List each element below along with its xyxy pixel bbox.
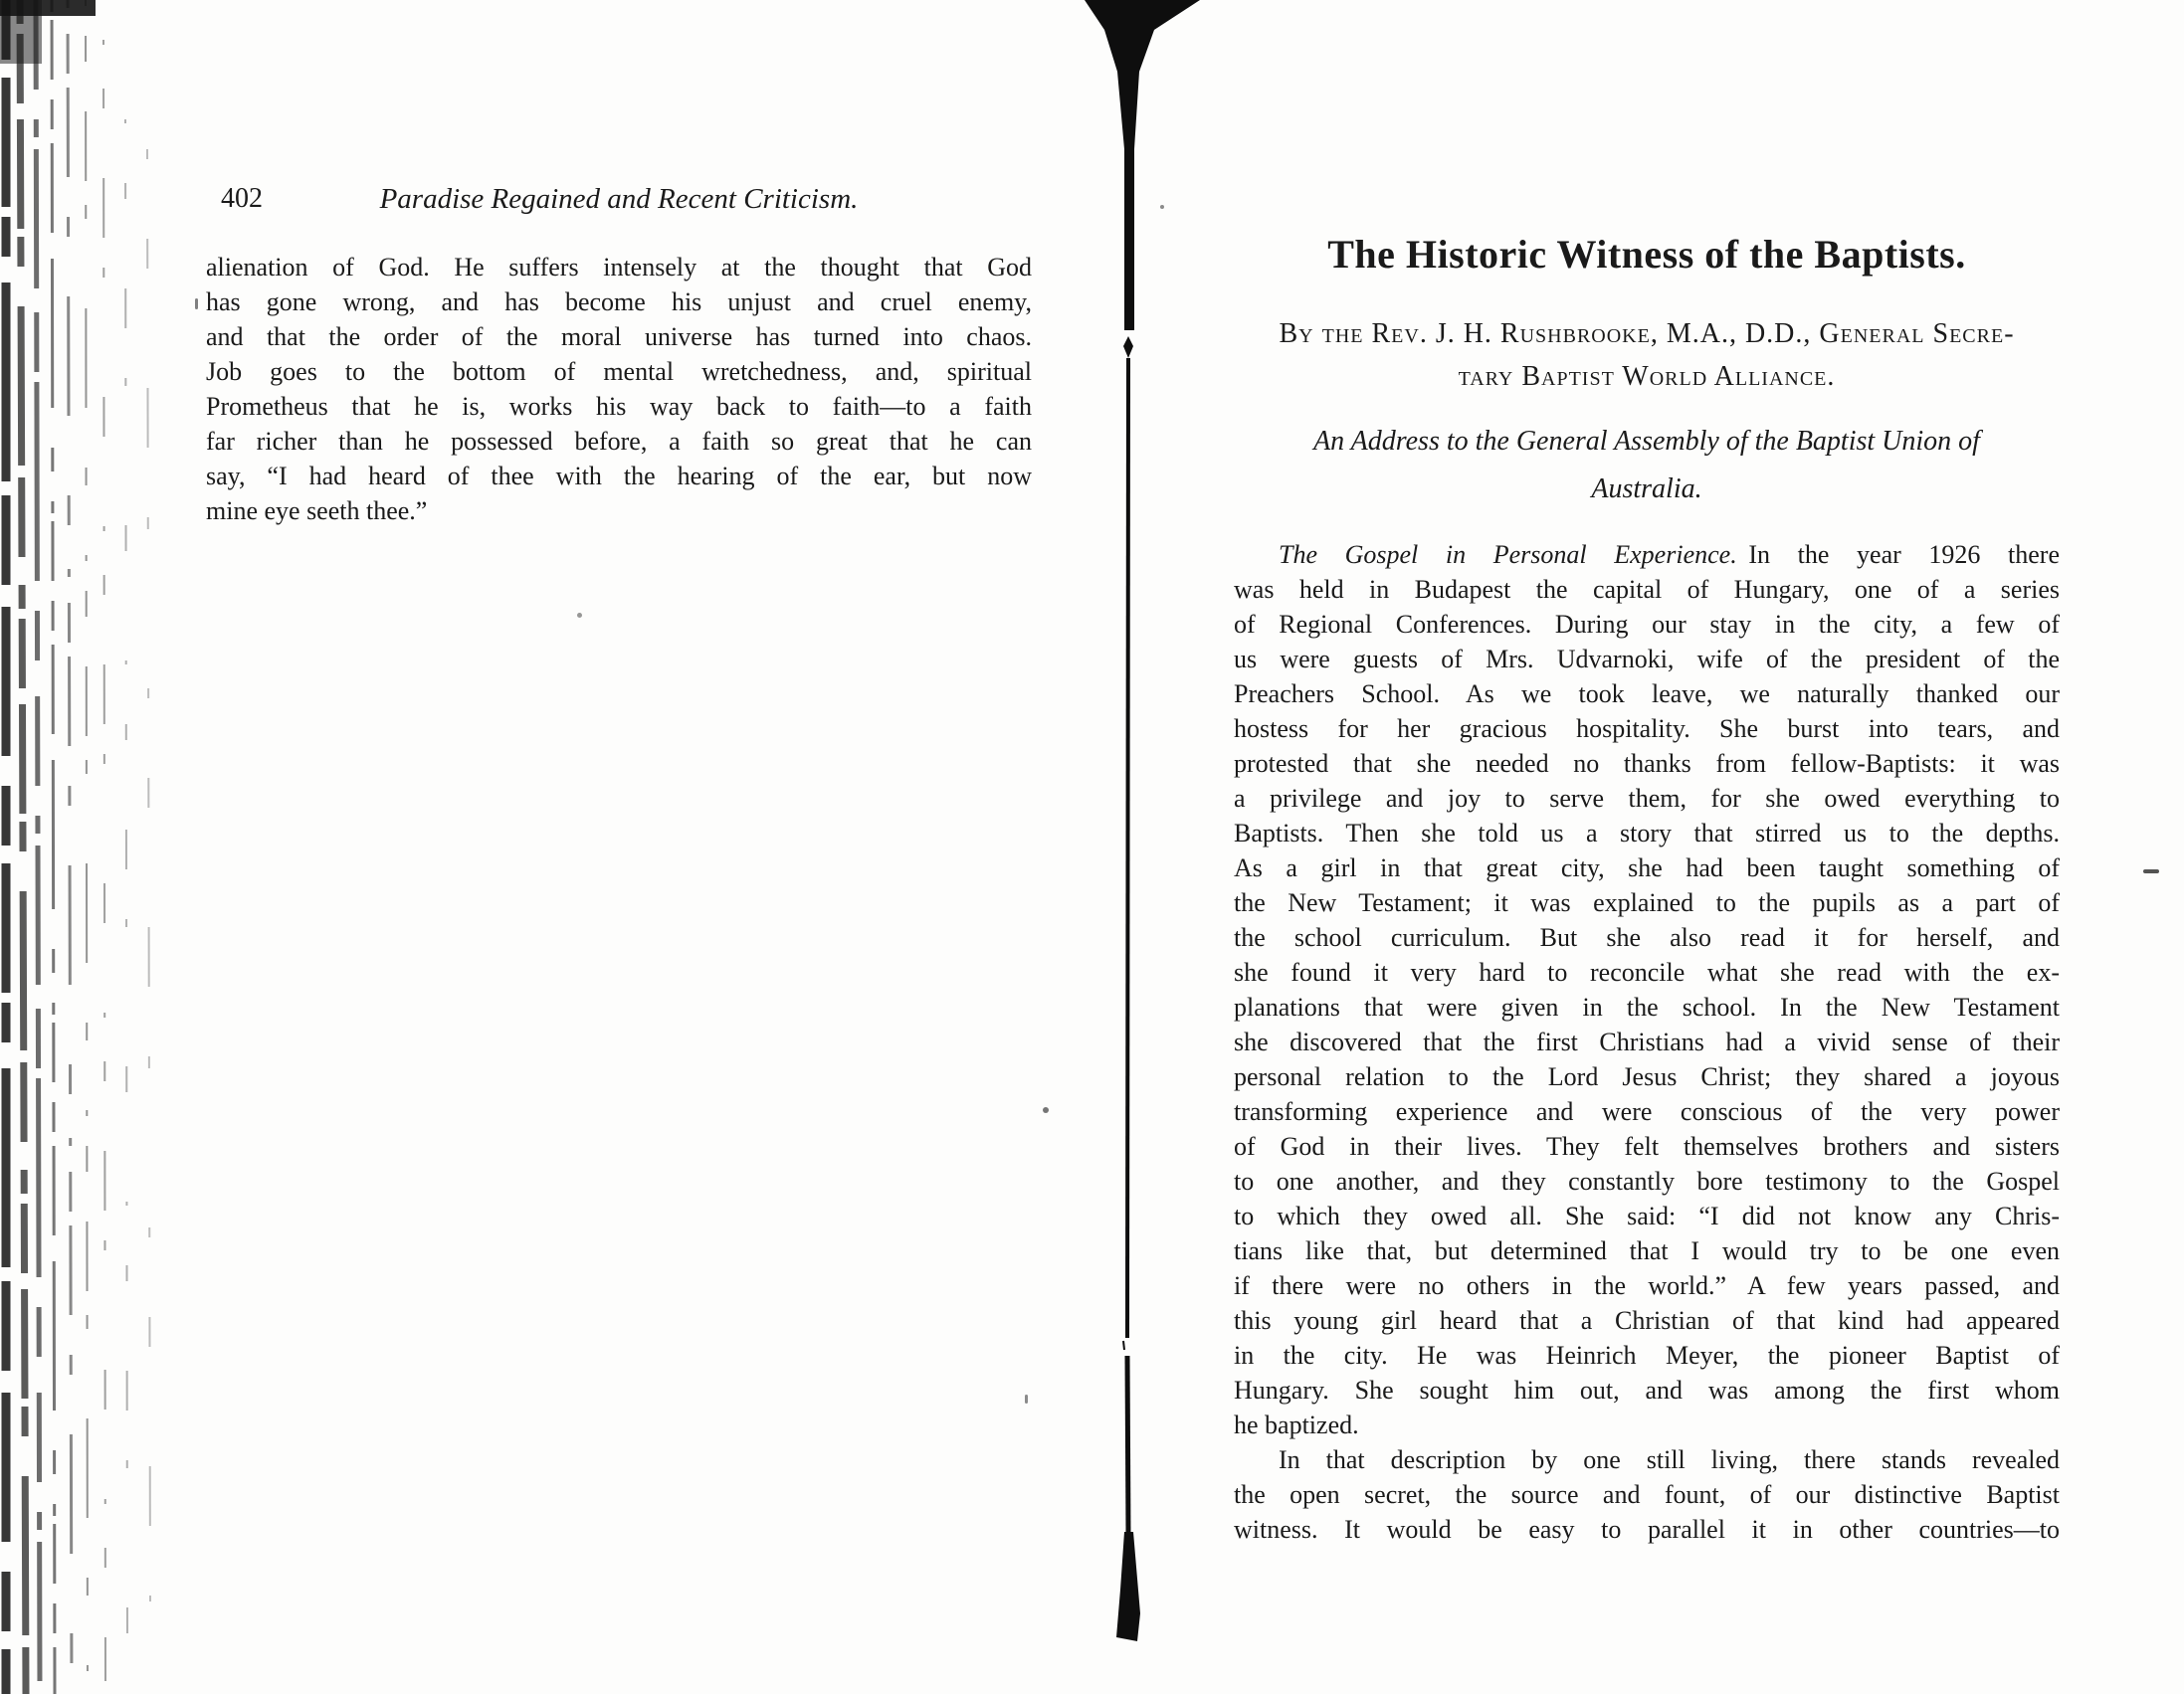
text-line: transforming experience and were conscio… <box>1234 1094 2060 1129</box>
text-line: hostess for her gracious hospitality. Sh… <box>1234 711 2060 746</box>
text-line: and that the order of the moral universe… <box>206 319 1032 354</box>
page-number: 402 <box>221 181 263 217</box>
text-run: In the year 1926 there <box>1748 540 2060 569</box>
subtitle-line: Australia. <box>1234 466 2060 513</box>
byline-line: By the Rev. J. H. Rushbrooke, M.A., D.D.… <box>1234 312 2060 355</box>
text-line: us were guests of Mrs. Udvarnoki, wife o… <box>1234 642 2060 676</box>
text-line: personal relation to the Lord Jesus Chri… <box>1234 1059 2060 1094</box>
text-line: in the city. He was Heinrich Meyer, the … <box>1234 1338 2060 1373</box>
text-line: was held in Budapest the capital of Hung… <box>1234 572 2060 607</box>
section-lead-italic: The Gospel in Personal Experience. <box>1279 540 1737 569</box>
article-byline: By the Rev. J. H. Rushbrooke, M.A., D.D.… <box>1234 312 2060 398</box>
text-line: As a girl in that great city, she had be… <box>1234 850 2060 885</box>
ink-speck <box>2143 869 2159 873</box>
text-line: the school curriculum. But she also read… <box>1234 920 2060 955</box>
text-line: the New Testament; it was explained to t… <box>1234 885 2060 920</box>
text-line: planations that were given in the school… <box>1234 990 2060 1025</box>
running-title: Paradise Regained and Recent Criticism. <box>206 181 1032 217</box>
text-line: he baptized. <box>1234 1408 2060 1442</box>
text-line: mine eye seeth thee.” <box>206 493 1032 528</box>
text-line: to which they owed all. She said: “I did… <box>1234 1199 2060 1233</box>
left-page-paragraph: alienation of God. He suffers intensely … <box>206 250 1032 528</box>
text-line: protested that she needed no thanks from… <box>1234 746 2060 781</box>
text-line: this young girl heard that a Christian o… <box>1234 1303 2060 1338</box>
article-title: The Historic Witness of the Baptists. <box>1234 229 2060 281</box>
text-line: if there were no others in the world.” A… <box>1234 1268 2060 1303</box>
text-line: has gone wrong, and has become his unjus… <box>206 284 1032 319</box>
ink-speck <box>577 613 582 618</box>
text-line: Prometheus that he is, works his way bac… <box>206 389 1032 424</box>
text-line: of Regional Conferences. During our stay… <box>1234 607 2060 642</box>
text-line: far richer than he possessed before, a f… <box>206 424 1032 459</box>
ink-speck <box>195 298 198 309</box>
text-line: Hungary. She sought him out, and was amo… <box>1234 1373 2060 1408</box>
ink-speck <box>1043 1107 1049 1113</box>
scan-edge-noise <box>0 0 169 1694</box>
ink-speck <box>1160 205 1164 209</box>
article-subtitle: An Address to the General Assembly of th… <box>1234 418 2060 513</box>
ink-speck <box>1025 1395 1028 1404</box>
text-line: The Gospel in Personal Experience.In the… <box>1234 537 2060 572</box>
scanned-book-spread: 402 Paradise Regained and Recent Critici… <box>0 0 2184 1694</box>
text-line: to one another, and they constantly bore… <box>1234 1164 2060 1199</box>
text-line: the open secret, the source and fount, o… <box>1234 1477 2060 1512</box>
text-line: tians like that, but determined that I w… <box>1234 1233 2060 1268</box>
subtitle-line: An Address to the General Assembly of th… <box>1234 418 2060 466</box>
text-line: say, “I had heard of thee with the heari… <box>206 459 1032 493</box>
text-line: she discovered that the first Christians… <box>1234 1025 2060 1059</box>
text-line: a privilege and joy to serve them, for s… <box>1234 781 2060 816</box>
text-line: Preachers School. As we took leave, we n… <box>1234 676 2060 711</box>
text-line: witness. It would be easy to parallel it… <box>1234 1512 2060 1547</box>
text-line: she found it very hard to reconcile what… <box>1234 955 2060 990</box>
book-gutter-shadow <box>1055 0 1214 1694</box>
text-line: alienation of God. He suffers intensely … <box>206 250 1032 284</box>
text-line: In that description by one still living,… <box>1234 1442 2060 1477</box>
byline-line: tary Baptist World Alliance. <box>1234 355 2060 398</box>
right-page-body: The Gospel in Personal Experience.In the… <box>1234 537 2060 1547</box>
text-line: of God in their lives. They felt themsel… <box>1234 1129 2060 1164</box>
text-line: Baptists. Then she told us a story that … <box>1234 816 2060 850</box>
text-line: Job goes to the bottom of mental wretche… <box>206 354 1032 389</box>
left-page-running-head: 402 Paradise Regained and Recent Critici… <box>206 181 1032 221</box>
